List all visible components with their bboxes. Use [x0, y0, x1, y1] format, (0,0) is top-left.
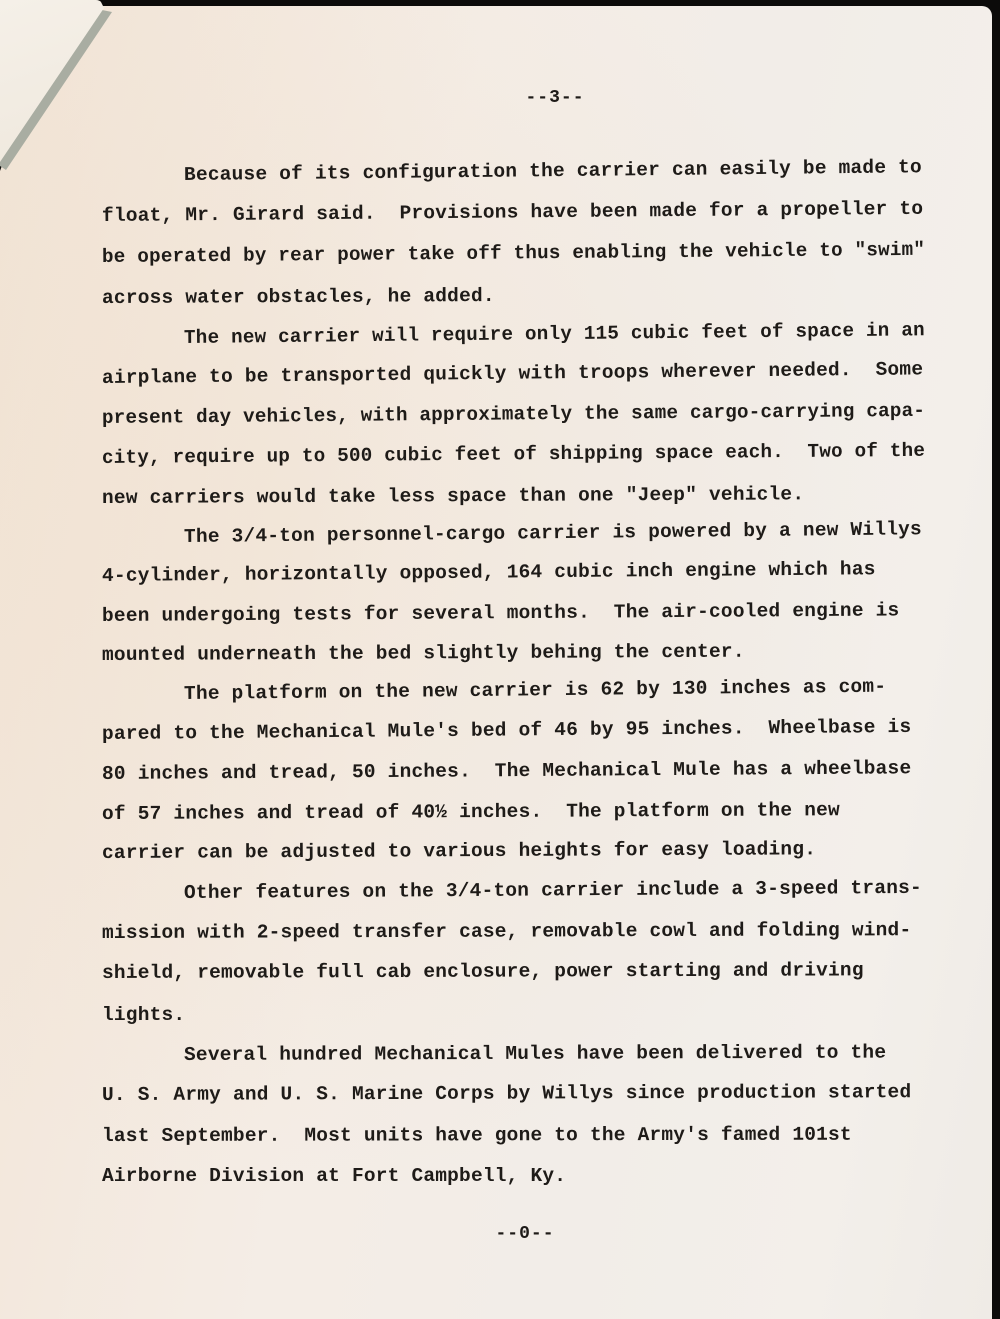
- paragraph-line: new carriers would take less space than …: [102, 482, 804, 510]
- paragraph-first-line: Other features on the 3/4-ton carrier in…: [184, 876, 922, 905]
- paragraph-line: shield, removable full cab enclosure, po…: [102, 958, 864, 985]
- paragraph-line: city, require up to 500 cubic feet of sh…: [102, 439, 925, 470]
- paragraph-line: mission with 2-speed transfer case, remo…: [102, 918, 911, 945]
- page-number: --3--: [0, 88, 1000, 108]
- paragraph-first-line: The new carrier will require only 115 cu…: [184, 318, 925, 350]
- paragraph-line: last September. Most units have gone to …: [102, 1123, 852, 1148]
- paragraph-first-line: The 3/4-ton personnel-cargo carrier is p…: [184, 517, 922, 549]
- paragraph-line: Airborne Division at Fort Campbell, Ky.: [102, 1164, 566, 1188]
- paragraph-line: float, Mr. Girard said. Provisions have …: [102, 197, 923, 228]
- paragraph-line: mounted underneath the bed slightly behi…: [102, 640, 745, 667]
- paragraph-line: been undergoing tests for several months…: [102, 598, 900, 628]
- paragraph-line: across water obstacles, he added.: [102, 284, 495, 310]
- typewritten-text: --3-- Because of its configuration the c…: [0, 0, 1000, 1319]
- paragraph-line: 80 inches and tread, 50 inches. The Mech…: [102, 756, 911, 786]
- photo-scene: --3-- Because of its configuration the c…: [0, 0, 1000, 1319]
- paragraph-line: U. S. Army and U. S. Marine Corps by Wil…: [102, 1080, 911, 1107]
- end-mark: --0--: [0, 1224, 1000, 1244]
- paragraph-line: present day vehicles, with approximately…: [102, 399, 925, 430]
- paragraph-line: be operated by rear power take off thus …: [102, 238, 925, 269]
- paragraph-line: 4-cylinder, horizontally opposed, 164 cu…: [102, 557, 876, 588]
- paragraph-first-line: The platform on the new carrier is 62 by…: [184, 675, 886, 706]
- paragraph-line: pared to the Mechanical Mule's bed of 46…: [102, 715, 912, 746]
- paragraph-first-line: Because of its configuration the carrier…: [184, 155, 922, 187]
- paragraph-line: of 57 inches and tread of 40½ inches. Th…: [102, 798, 840, 826]
- paragraph-line: airplane to be transported quickly with …: [102, 357, 923, 390]
- paragraph-first-line: Several hundred Mechanical Mules have be…: [184, 1041, 886, 1067]
- paragraph-line: lights.: [102, 1003, 185, 1027]
- paragraph-line: carrier can be adjusted to various heigh…: [102, 837, 816, 865]
